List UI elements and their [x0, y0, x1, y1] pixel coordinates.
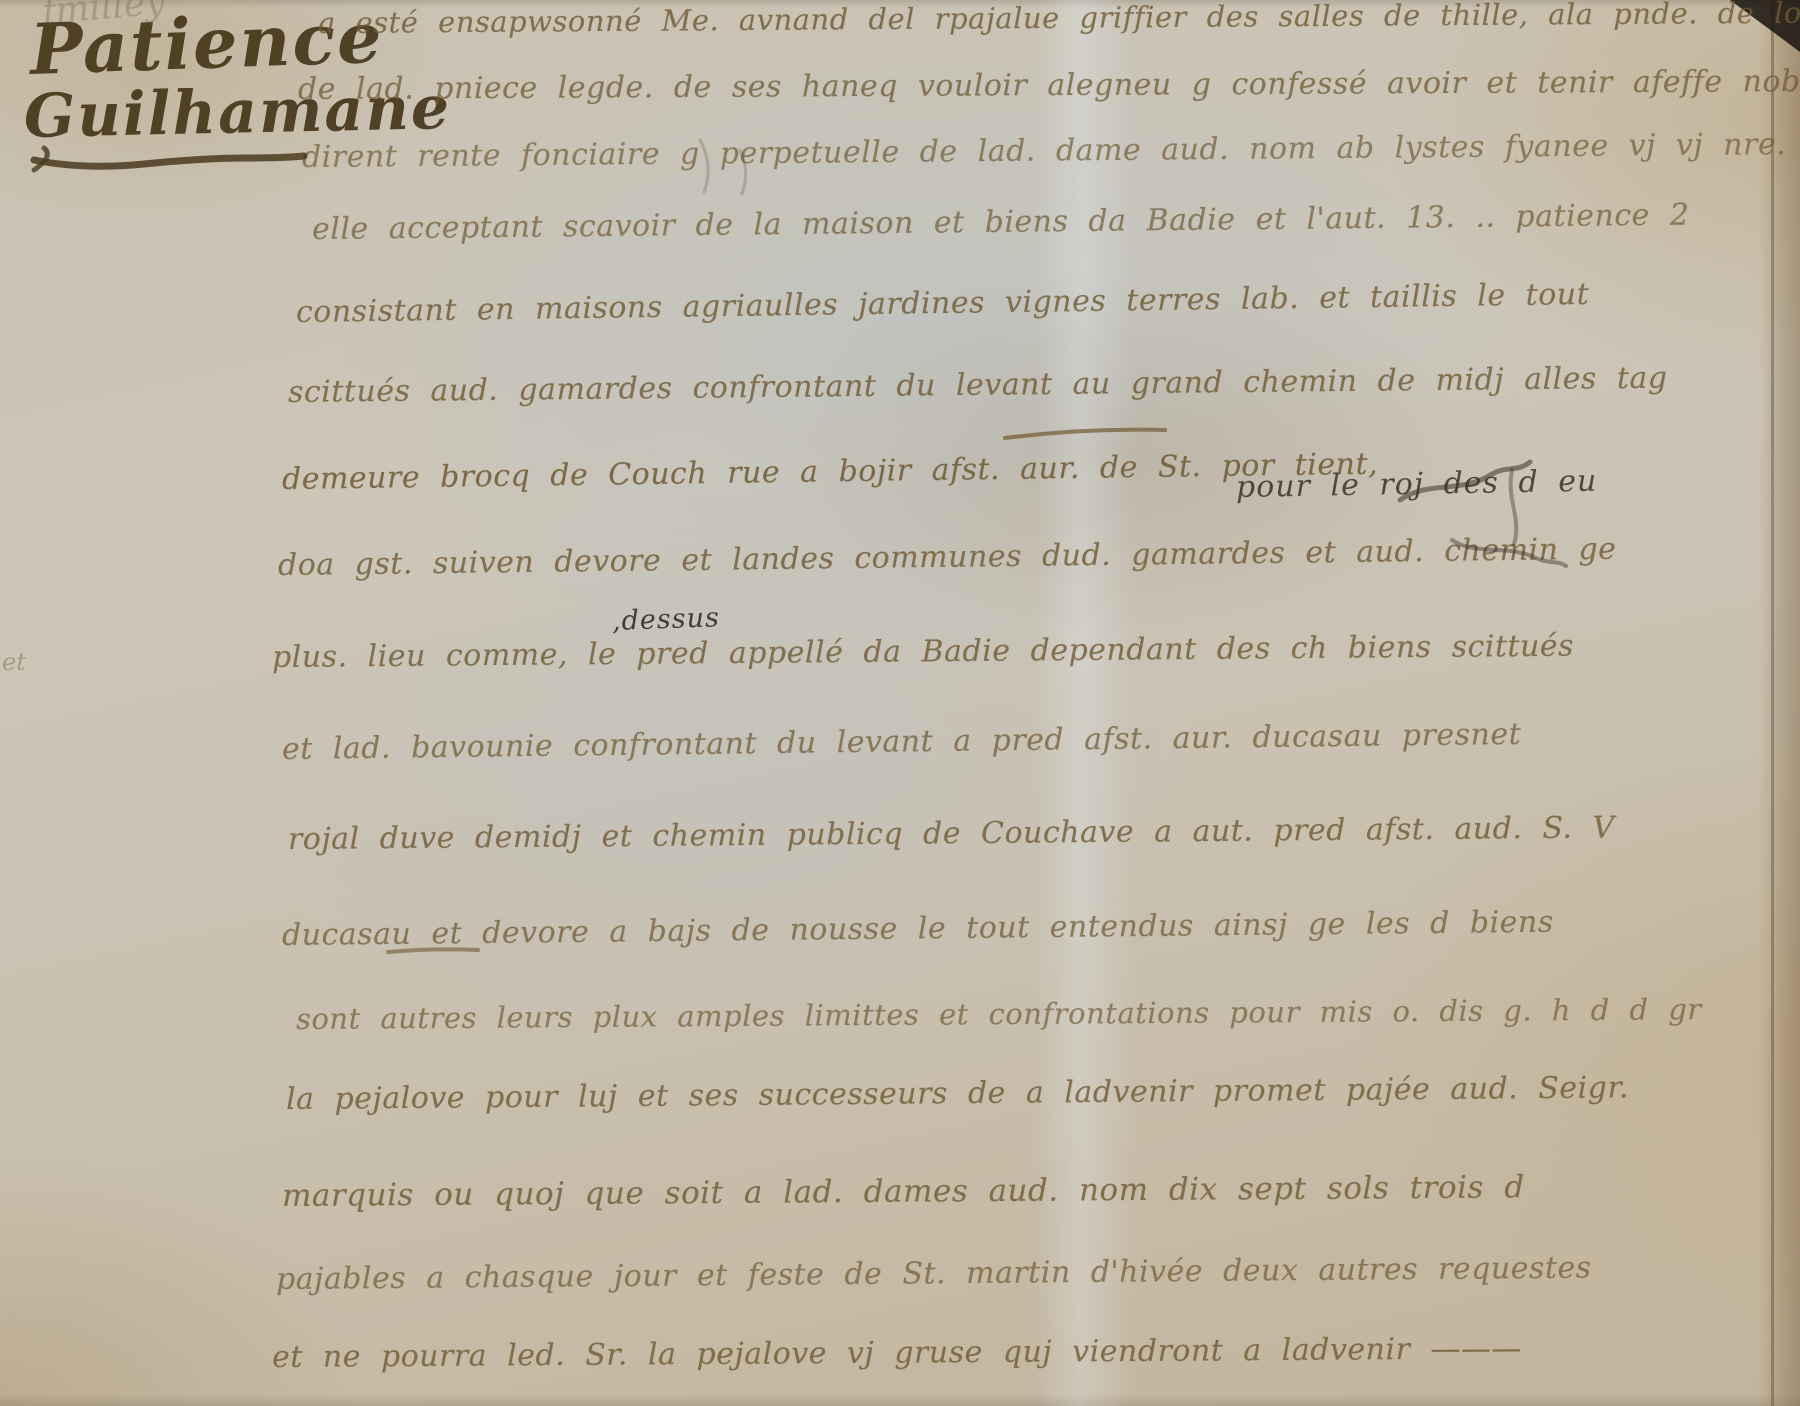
- interlinear-insertion: ,dessus: [611, 602, 720, 637]
- manuscript-line-4: elle acceptant scavoir de la maison et b…: [312, 198, 1690, 247]
- page-right-edge: [1758, 0, 1800, 1406]
- manuscript-line-15: marquis ou quoj que soit a lad. dames au…: [282, 1169, 1525, 1214]
- manuscript-line-13: sont autres leurs plux amples limittes e…: [296, 992, 1702, 1036]
- insertion-text: dessus: [621, 602, 720, 636]
- manuscript-line-11: rojal duve demidj et chemin publicq de C…: [288, 810, 1615, 857]
- manuscript-line-3: dirent rente fonciaire g perpetuelle de …: [302, 126, 1800, 175]
- manuscript-line-2: de lad. pniece legde. de ses haneq voulo…: [298, 64, 1800, 107]
- margin-underline-flourish: [34, 156, 304, 166]
- left-edge-fragment: et: [2, 648, 26, 676]
- manuscript-line-8: doa gst. suiven devore et landes commune…: [278, 532, 1617, 583]
- manuscript-line-16: pajables a chasque jour et feste de St. …: [276, 1251, 1592, 1297]
- manuscript-line-6: scittués aud. gamardes confrontant du le…: [288, 361, 1668, 410]
- manuscript-line-7: demeure brocq de Couch rue a bojir afst.…: [282, 447, 1379, 497]
- manuscript-line-1: a esté ensapwsonné Me. avnand del rpajal…: [318, 0, 1800, 40]
- manuscript-line-10: et lad. bavounie confrontant du levant a…: [282, 717, 1522, 767]
- manuscript-line-9: plus. lieu comme, le pred appellé da Bad…: [272, 629, 1574, 675]
- page-edge-line: [1771, 0, 1774, 1406]
- manuscript-line-5: consistant en maisons agriaulles jardine…: [296, 277, 1590, 330]
- manuscript-line-17: et ne pourra led. Sr. la pejalove vj gru…: [272, 1331, 1522, 1375]
- manuscript-line-14: la pejalove pour luj et ses successeurs …: [286, 1070, 1629, 1117]
- dark-ink-annotation: pour le roj des d eu: [1236, 464, 1598, 505]
- abbreviation-macron-stroke: [1005, 430, 1165, 438]
- manuscript-page: fmilley Patience Guilhamane et a esté en…: [0, 0, 1800, 1406]
- manuscript-line-12: ducasau et devore a bajs de nousse le to…: [282, 905, 1554, 953]
